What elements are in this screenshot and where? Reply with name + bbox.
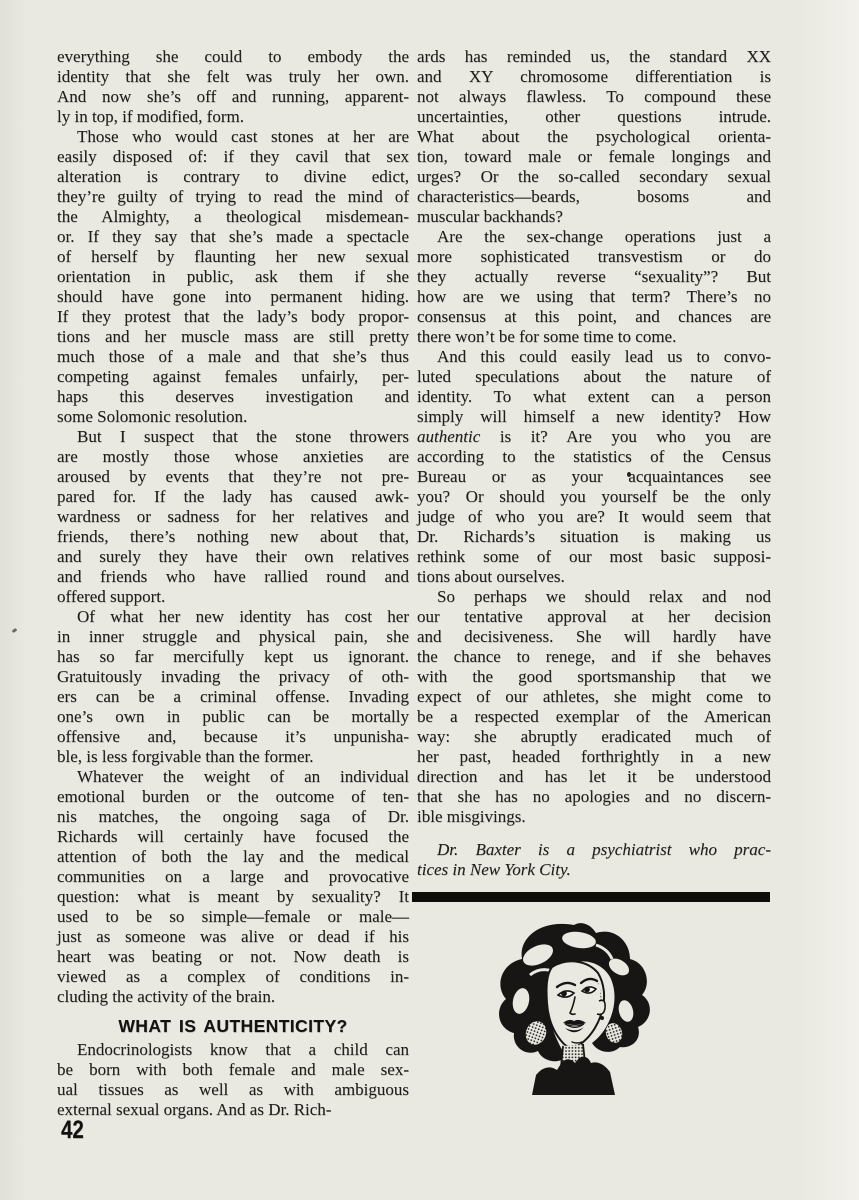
text-line: more sophisticated transvestism or do	[417, 247, 771, 267]
text-line: Richards will certainly have focused the	[57, 827, 409, 847]
text-line: But I suspect that the stone throwers	[57, 427, 409, 447]
text-line: Whatever the weight of an individual	[57, 767, 409, 787]
text-line: with the good sportsmanship that we	[417, 667, 771, 687]
text-line: And now she’s off and running, apparent-	[57, 87, 409, 107]
text-line: identity that she felt was truly her own…	[57, 67, 409, 87]
text-line: ly in top, if modified, form.	[57, 107, 409, 127]
text-line: ards has reminded us, the standard XX	[417, 47, 771, 67]
text-line: tion, toward male or female longings and	[417, 147, 771, 167]
text-line: tions and her muscle mass are still pret…	[57, 327, 409, 347]
text-line: Endocrinologists know that a child can	[57, 1040, 409, 1060]
text-line: one’s own in public can be mortally	[57, 707, 409, 727]
text-line: aroused by events that they’re not pre-	[57, 467, 409, 487]
text-line: ble, is less forgivable than the former.	[57, 747, 409, 767]
text-line: how are we using that term? There’s no	[417, 287, 771, 307]
text-line: So perhaps we should relax and nod	[417, 587, 771, 607]
text-line: alteration is contrary to divine edict,	[57, 167, 409, 187]
text-line: not always flawless. To compound these	[417, 87, 771, 107]
text-line: ible misgivings.	[417, 807, 771, 827]
text-line: offered support.	[57, 587, 409, 607]
text-line: of herself by flaunting her new sexual	[57, 247, 409, 267]
text-line: rethink some of our most basic supposi-	[417, 547, 771, 567]
text-line: muscular backhands?	[417, 207, 771, 227]
text-line: are mostly those whose anxieties are	[57, 447, 409, 467]
right-column: ards has reminded us, the standard XXand…	[417, 47, 771, 880]
face-shape	[547, 961, 605, 1047]
text-line: ual tissues as well as with ambiguous	[57, 1080, 409, 1100]
text-line: uncertainties, other questions intrude.	[417, 107, 771, 127]
text-line: expect of our athletes, she might come t…	[417, 687, 771, 707]
text-line: emotional burden or the outcome of ten-	[57, 787, 409, 807]
text-line: they’re guilty of trying to read the min…	[57, 187, 409, 207]
text-line: Are the sex-change operations just a	[417, 227, 771, 247]
text-line: friends, there’s nothing new about that,	[57, 527, 409, 547]
scan-speck	[12, 628, 18, 633]
text-line: and XY chromosome differentiation is	[417, 67, 771, 87]
text-line: question: what is meant by sexuality? It	[57, 887, 409, 907]
text-line: be born with both female and male sex-	[57, 1060, 409, 1080]
text-line: pared for. If the lady has caused awk-	[57, 487, 409, 507]
magazine-page: everything she could to embody theidenti…	[0, 0, 859, 1200]
text-line: you? Or should you yourself be the only	[417, 487, 771, 507]
text-line: that she has no apologies and no discern…	[417, 787, 771, 807]
text-line: cluding the activity of the brain.	[57, 987, 409, 1007]
text-line: just as someone was alive or dead if his	[57, 927, 409, 947]
text-line: much those of a male and that she’s thus	[57, 347, 409, 367]
woman-portrait-illustration	[478, 915, 668, 1105]
text-line: and decisiveness. She will hardly have	[417, 627, 771, 647]
text-line: Bureau or as your acquaintances see	[417, 467, 771, 487]
text-line: Of what her new identity has cost her	[57, 607, 409, 627]
left-column: everything she could to embody theidenti…	[57, 47, 409, 1120]
text-line: offensive and, because it’s unpunisha-	[57, 727, 409, 747]
text-line: her past, headed forthrightly in a new	[417, 747, 771, 767]
earring	[600, 1016, 604, 1020]
text-line: there won’t be for some time to come.	[417, 327, 771, 347]
text-line: and friends who have rallied round and	[57, 567, 409, 587]
text-line: they actually reverse “sexuality”? But	[417, 267, 771, 287]
text-line: external sexual organs. And as Dr. Rich-	[57, 1100, 409, 1120]
text-line: luted speculations about the nature of	[417, 367, 771, 387]
page-number: 42	[61, 1116, 84, 1145]
text-line: judge of who you are? It would seem that	[417, 507, 771, 527]
text-line: Those who would cast stones at her are	[57, 127, 409, 147]
text-line: way: she abruptly eradicated much of	[417, 727, 771, 747]
text-line: some Solomonic resolution.	[57, 407, 409, 427]
text-line: wardness or sadness for her relatives an…	[57, 507, 409, 527]
text-line: heart was beating or not. Now death is	[57, 947, 409, 967]
text-line: If they protest that the lady’s body pro…	[57, 307, 409, 327]
text-line: tions about ourselves.	[417, 567, 771, 587]
text-line: characteristics—beards, bosoms and	[417, 187, 771, 207]
text-line: should have gone into permanent hiding.	[57, 287, 409, 307]
text-line: tices in New York City.	[417, 860, 771, 880]
text-line: everything she could to embody the	[57, 47, 409, 67]
text-line: the Almighty, a theological misdemean-	[57, 207, 409, 227]
text-line: the chance to renege, and if she behaves	[417, 647, 771, 667]
text-line: simply will himself a new identity? How	[417, 407, 771, 427]
text-line: has so far mercifully kept us ignorant.	[57, 647, 409, 667]
text-line: communities on a large and provocative	[57, 867, 409, 887]
left-pupil	[561, 991, 567, 997]
text-line: attention of both the lay and the medica…	[57, 847, 409, 867]
text-line: And this could easily lead us to convo-	[417, 347, 771, 367]
text-line: used to be so simple—female or male—	[57, 907, 409, 927]
text-line: in inner struggle and physical pain, she	[57, 627, 409, 647]
text-line: our tentative approval at her decision	[417, 607, 771, 627]
text-line: Dr. Richards’s situation is making us	[417, 527, 771, 547]
text-line: and surely they have their own relatives	[57, 547, 409, 567]
text-line: urges? Or the so-called secondary sexual	[417, 167, 771, 187]
text-line: easily disposed of: if they cavil that s…	[57, 147, 409, 167]
text-line: direction and has let it be understood	[417, 767, 771, 787]
text-line: according to the statistics of the Censu…	[417, 447, 771, 467]
text-line: be a respected exemplar of the American	[417, 707, 771, 727]
text-line: ers can be a criminal offense. Invading	[57, 687, 409, 707]
text-line: nis matches, the ongoing saga of Dr.	[57, 807, 409, 827]
text-line: authentic is it? Are you who you are	[417, 427, 771, 447]
right-pupil	[584, 987, 590, 993]
scan-speck	[627, 472, 631, 477]
collar-shape	[532, 1057, 615, 1095]
section-heading: WHAT IS AUTHENTICITY?	[57, 1016, 409, 1036]
text-line: competing against females unfairly, per-	[57, 367, 409, 387]
text-line: Dr. Baxter is a psychiatrist who prac-	[417, 840, 771, 860]
text-line: What about the psychological orienta-	[417, 127, 771, 147]
text-line: viewed as a complex of conditions in-	[57, 967, 409, 987]
text-line: haps this deserves investigation and	[57, 387, 409, 407]
section-divider-rule	[412, 892, 770, 902]
text-line: identity. To what extent can a person	[417, 387, 771, 407]
text-line: orientation in public, ask them if she	[57, 267, 409, 287]
text-line: or. If they say that she’s made a specta…	[57, 227, 409, 247]
text-line: consensus at this point, and chances are	[417, 307, 771, 327]
text-line: Gratuitously invading the privacy of oth…	[57, 667, 409, 687]
